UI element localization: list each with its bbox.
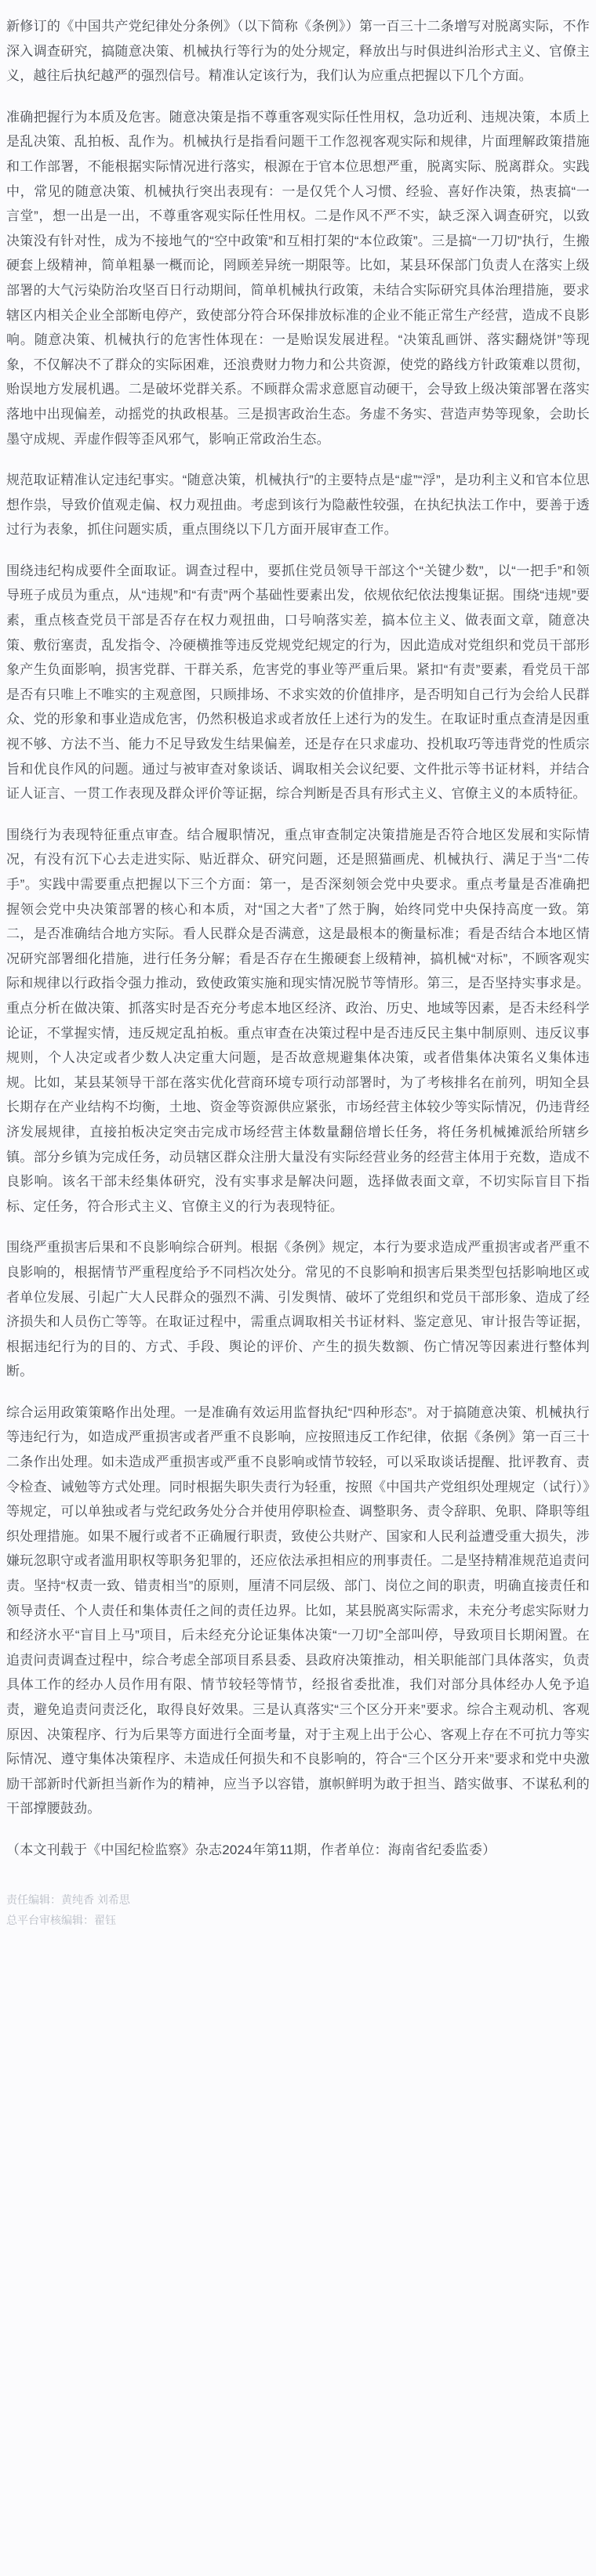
article-paragraph-behavior-nature: 准确把握行为本质及危害。随意决策是指不尊重客观实际任性用权，急功近利、违规决策，… <box>6 105 590 451</box>
article-body: 新修订的《中国共产党纪律处分条例》（以下简称《条例》）第一百三十二条增写对脱离实… <box>0 0 596 1951</box>
editors-footer: 责任编辑：黄纯香 刘希思 总平台审核编辑：翟钰 <box>6 1889 590 1930</box>
article-paragraph-consequence-analysis: 围绕严重损害后果和不良影响综合研判。根据《条例》规定，本行为要求造成严重损害或者… <box>6 1235 590 1384</box>
article-paragraph-evidence-standard: 规范取证精准认定违纪事实。“随意决策，机械执行”的主要特点是“虚”“浮”，是功利… <box>6 468 590 542</box>
responsible-editor-line: 责任编辑：黄纯香 刘希思 <box>6 1889 590 1910</box>
source-note: （本文刊载于《中国纪检监察》杂志2024年第11期，作者单位：海南省纪委监委） <box>6 1838 590 1863</box>
article-paragraph-full-evidence: 围绕违纪构成要件全面取证。调查过程中，要抓住党员领导干部这个“关键少数”，以“一… <box>6 559 590 806</box>
article-paragraph-intro: 新修订的《中国共产党纪律处分条例》（以下简称《条例》）第一百三十二条增写对脱离实… <box>6 14 590 89</box>
article-paragraph-behavior-review: 围绕行为表现特征重点审查。结合履职情况，重点审查制定决策措施是否符合地区发展和实… <box>6 823 590 1219</box>
platform-review-editor-line: 总平台审核编辑：翟钰 <box>6 1910 590 1930</box>
article-paragraph-policy-handling: 综合运用政策策略作出处理。一是准确有效运用监督执纪“四种形态”。对于搞随意决策、… <box>6 1400 590 1821</box>
